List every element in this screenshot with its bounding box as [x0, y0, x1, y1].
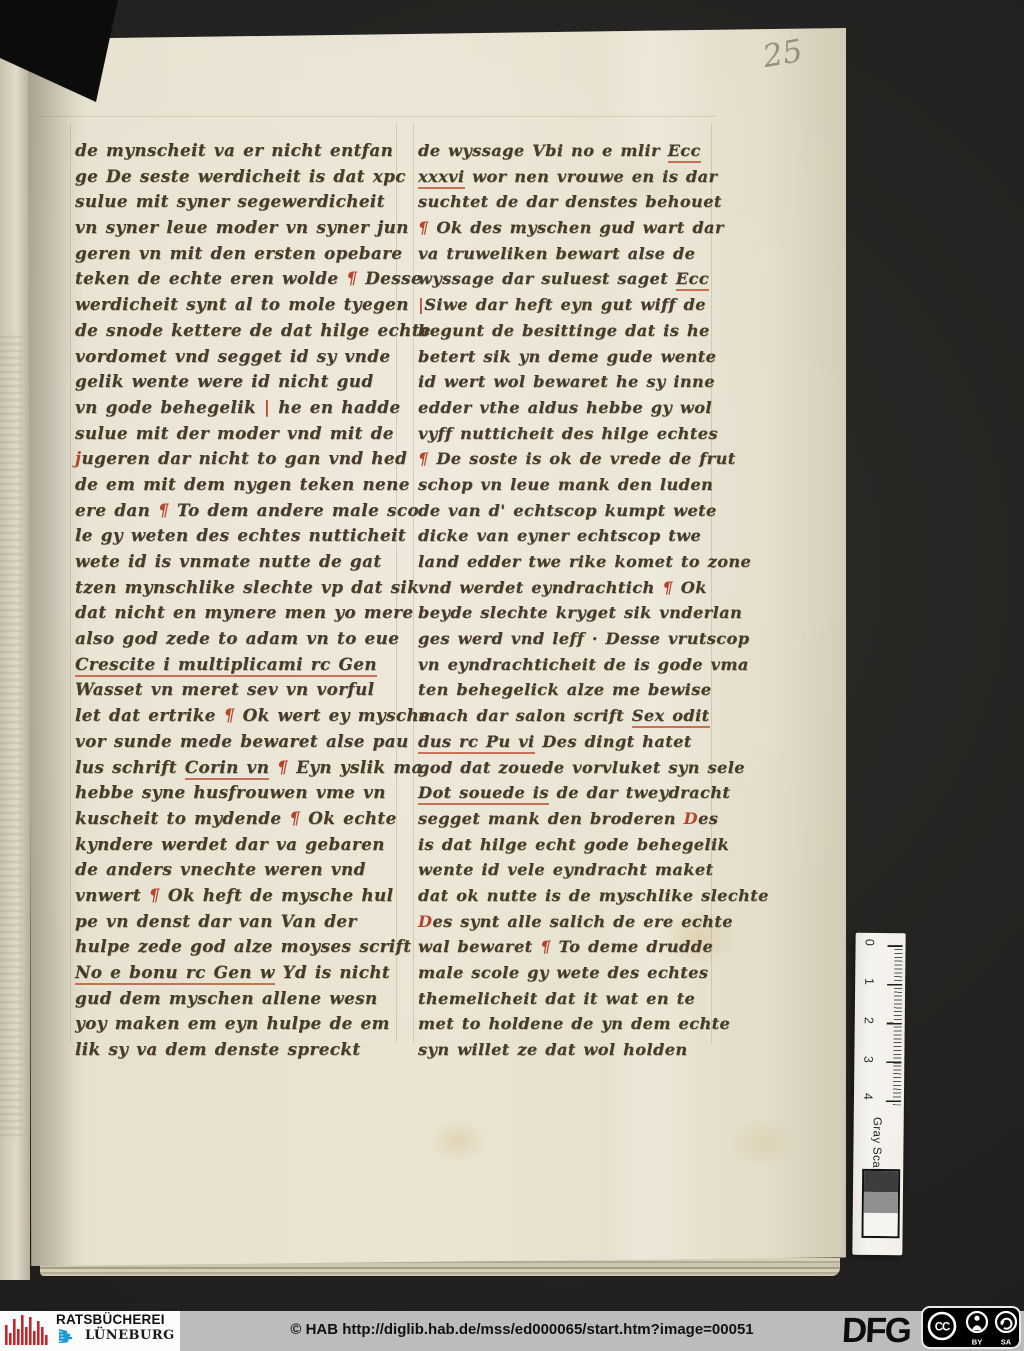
cc-sa-icon	[996, 1312, 1016, 1332]
parchment-stain	[728, 1118, 798, 1168]
manuscript-line: themelicheit dat it wat en te	[418, 986, 724, 1012]
library-name: RATSBÜCHEREI	[56, 1312, 175, 1327]
manuscript-line: god dat zouede vorvluket syn sele	[418, 755, 724, 781]
cc-license-badge: CC BY SA	[921, 1306, 1021, 1349]
manuscript-line: de anders vnechte weren vnd	[75, 857, 409, 883]
manuscript-line: va truweliken bewart alse de	[418, 241, 724, 267]
manuscript-line: dat nicht en mynere men yo mere	[75, 600, 409, 626]
manuscript-line: kyndere werdet dar va gebaren	[75, 832, 409, 858]
manuscript-line: begunt de besittinge dat is he	[418, 318, 724, 344]
manuscript-line: male scole gy wete des echtes	[418, 960, 724, 986]
gray-scale-swatches	[861, 1169, 900, 1238]
cc-by-icon	[967, 1312, 987, 1332]
ruler-ticks-cm	[886, 945, 903, 1108]
ruler-number: 4	[861, 1093, 875, 1100]
library-text: RATSBÜCHEREI LÜNEBURG	[56, 1312, 175, 1343]
attribution-text: © HAB http://diglib.hab.de/mss/ed000065/…	[290, 1321, 753, 1338]
manuscript-line: vordomet vnd segget id sy vnde	[75, 344, 409, 370]
manuscript-line: de snode kettere de dat hilge echte	[75, 318, 409, 344]
manuscript-line: dicke van eyner echtscop twe	[418, 523, 724, 549]
manuscript-line: vn eyndrachticheit de is gode vma	[418, 652, 724, 678]
manuscript-line: ge De seste werdicheit is dat xpc	[75, 164, 409, 190]
manuscript-line: segget mank den broderen Des	[418, 806, 724, 832]
manuscript-line: No e bonu rc Gen w Yd is nicht	[75, 960, 409, 986]
manuscript-line: wete id is vnmate nutte de gat	[75, 549, 409, 575]
manuscript-line: le gy weten des echtes nutticheit	[75, 523, 409, 549]
ruler-number: 1	[862, 978, 876, 985]
footer-bar: RATSBÜCHEREI LÜNEBURG © HAB http://digli…	[0, 1311, 1024, 1351]
ruler-number: 2	[862, 1017, 876, 1024]
manuscript-line: sulue mit der moder vnd mit de	[75, 421, 409, 447]
manuscript-line: id wert wol bewaret he sy inne	[418, 369, 724, 395]
manuscript-line: wal bewaret ¶ To deme drudde	[418, 934, 724, 960]
manuscript-line: lik sy va dem denste spreckt	[75, 1037, 409, 1063]
manuscript-line: wyssage dar suluest saget Ecc	[418, 266, 724, 292]
swatch-light	[864, 1213, 898, 1236]
text-column-right: de wyssage Vbi no e mlir Eccxxxvi wor ne…	[418, 138, 724, 1063]
manuscript-line: |Siwe dar heft eyn gut wiff de	[418, 292, 724, 318]
manuscript-line: ten behegelick alze me bewise	[418, 677, 724, 703]
manuscript-line: Dot souede is de dar tweydracht	[418, 780, 724, 806]
manuscript-line: vyff nutticheit des hilge echtes	[418, 421, 724, 447]
cc-sa-label: SA	[1001, 1338, 1012, 1347]
manuscript-line: de em mit dem nygen teken nene	[75, 472, 409, 498]
library-city: LÜNEBURG	[85, 1328, 175, 1343]
manuscript-line: geren vn mit den ersten opebare	[75, 241, 409, 267]
manuscript-line: Wasset vn meret sev vn vorful	[75, 677, 409, 703]
text-column-left: de mynscheit va er nicht entfange De ses…	[75, 138, 409, 1063]
manuscript-line: jugeren dar nicht to gan vnd hed	[75, 446, 409, 472]
manuscript-line: vor sunde mede bewaret alse pau	[75, 729, 409, 755]
manuscript-line: edder vthe aldus hebbe gy wol	[418, 395, 724, 421]
facing-page-edge	[0, 36, 30, 1280]
manuscript-line: pe vn denst dar van Van der	[75, 909, 409, 935]
manuscript-line: betert sik yn deme gude wente	[418, 344, 724, 370]
manuscript-line: land edder twe rike komet to zone	[418, 549, 724, 575]
swatch-mid	[864, 1192, 898, 1213]
gray-scale-ruler: 0 1 2 3 4 Gray Scale	[852, 933, 905, 1256]
manuscript-line: Des synt alle salich de ere echte	[418, 909, 724, 935]
manuscript-line: de van d' echtscop kumpt wete	[418, 498, 724, 524]
manuscript-line: kuscheit to mydende ¶ Ok echte	[75, 806, 409, 832]
gutter-shadow	[28, 28, 76, 1266]
manuscript-line: dat ok nutte is de myschlike slechte	[418, 883, 724, 909]
manuscript-line: mach dar salon scrift Sex odit	[418, 703, 724, 729]
ratsbuecherei-bars-icon	[3, 1313, 51, 1349]
manuscript-line: de mynscheit va er nicht entfan	[75, 138, 409, 164]
manuscript-line: schop vn leue mank den luden	[418, 472, 724, 498]
manuscript-page: 25 de mynscheit va er nicht entfange De …	[28, 28, 846, 1266]
manuscript-line: is dat hilge echt gode behegelik	[418, 832, 724, 858]
ratsbuecherei-logo-block: RATSBÜCHEREI LÜNEBURG	[0, 1311, 180, 1351]
manuscript-line: sulue mit syner segewerdicheit	[75, 189, 409, 215]
manuscript-line: wente id vele eyndracht maket	[418, 857, 724, 883]
manuscript-line: also god zede to adam vn to eue	[75, 626, 409, 652]
facing-page-ghost-text	[0, 336, 22, 1136]
ruler-number: 0	[863, 939, 877, 946]
parchment-stain	[428, 1118, 488, 1164]
manuscript-line: beyde slechte kryget sik vnderlan	[418, 600, 724, 626]
cc-letters: CC	[935, 1322, 950, 1334]
folio-number: 25	[760, 33, 805, 75]
manuscript-line: teken de echte eren wolde ¶ Desse	[75, 266, 409, 292]
manuscript-line: lus schrift Corin vn ¶ Eyn yslik ma	[75, 755, 409, 781]
manuscript-line: werdicheit synt al to mole tyegen	[75, 292, 409, 318]
manuscript-line: ¶ Ok des myschen gud wart dar	[418, 215, 724, 241]
ruling-line-top	[36, 116, 716, 117]
manuscript-line: ere dan ¶ To dem andere male sco	[75, 498, 409, 524]
manuscript-line: let dat ertrike ¶ Ok wert ey mysche	[75, 703, 409, 729]
swatch-dark	[864, 1171, 898, 1192]
manuscript-line: vnwert ¶ Ok heft de mysche hul	[75, 883, 409, 909]
manuscript-line: ges werd vnd leff · Desse vrutscop	[418, 626, 724, 652]
manuscript-line: yoy maken em eyn hulpe de em	[75, 1011, 409, 1037]
manuscript-line: gelik wente were id nicht gud	[75, 369, 409, 395]
manuscript-line: tzen mynschlike slechte vp dat sik	[75, 575, 409, 601]
manuscript-line: gud dem myschen allene wesn	[75, 986, 409, 1012]
dfg-logo: DFG	[841, 1310, 911, 1351]
ruler-number: 3	[861, 1056, 875, 1063]
manuscript-line: vn gode behegelik | he en hadde	[75, 395, 409, 421]
manuscript-line: ¶ De soste is ok de vrede de frut	[418, 446, 724, 472]
lueneburg-wave-icon	[58, 1328, 82, 1343]
manuscript-line: dus rc Pu vi Des dingt hatet	[418, 729, 724, 755]
manuscript-line: met to holdene de yn dem echte	[418, 1011, 724, 1037]
manuscript-line: suchtet de dar denstes behouet	[418, 189, 724, 215]
manuscript-line: hebbe syne husfrouwen vme vn	[75, 780, 409, 806]
manuscript-line: vnd werdet eyndrachtich ¶ Ok	[418, 575, 724, 601]
cc-by-label: BY	[972, 1338, 982, 1347]
manuscript-line: syn willet ze dat wol holden	[418, 1037, 724, 1063]
manuscript-line: vn syner leue moder vn syner jun	[75, 215, 409, 241]
ruling-line-left-margin	[70, 123, 71, 1043]
manuscript-line: hulpe zede god alze moyses scrift	[75, 934, 409, 960]
manuscript-line: Crescite i multiplicami rc Gen	[75, 652, 409, 678]
manuscript-line: xxxvi wor nen vrouwe en is dar	[418, 164, 724, 190]
manuscript-line: de wyssage Vbi no e mlir Ecc	[418, 138, 724, 164]
